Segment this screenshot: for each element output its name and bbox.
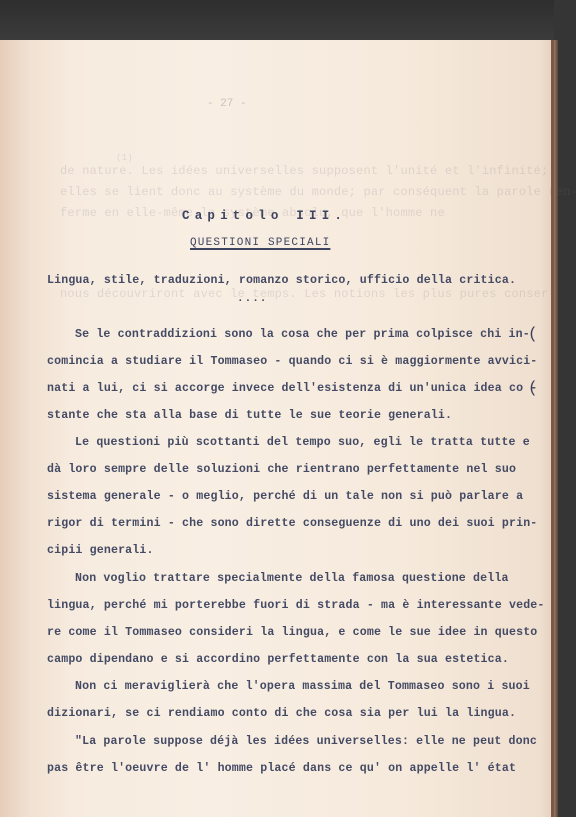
- typewritten-page: - 27 - (1) de nature. Les idées universe…: [0, 40, 554, 817]
- text-line: Le questioni più scottanti del tempo suo…: [75, 436, 530, 449]
- margin-annotation-mark: (: [528, 379, 538, 397]
- text-line: sistema generale - o meglio, perché di u…: [47, 490, 523, 503]
- text-line: campo dipendano e si accordino perfettam…: [47, 653, 509, 666]
- quoted-text-line: pas être l'oeuvre de l' homme placé dans…: [47, 762, 516, 775]
- margin-annotation-mark: (: [528, 325, 538, 343]
- page-edge: [554, 40, 558, 817]
- text-line: lingua, perché mi porterebbe fuori di st…: [47, 599, 545, 612]
- scan-background-top: [0, 0, 576, 42]
- chapter-title: Capitolo III.: [182, 209, 347, 223]
- chapter-subtitle: QUESTIONI SPECIALI: [190, 237, 330, 249]
- text-line: dà loro sempre delle soluzioni che rient…: [47, 463, 516, 476]
- bleed-through-text: de nature. Les idées universelles suppos…: [60, 164, 548, 178]
- text-line: rigor di termini - che sono dirette cons…: [47, 517, 537, 530]
- topics-line: Lingua, stile, traduzioni, romanzo stori…: [47, 274, 516, 287]
- text-line: comincia a studiare il Tommaseo - quando…: [47, 355, 537, 368]
- text-line: cipii generali.: [47, 544, 154, 557]
- bleed-through-text: (1): [116, 153, 133, 163]
- text-line: stante che sta alla base di tutte le sue…: [47, 409, 452, 422]
- section-separator: ....: [237, 293, 267, 305]
- quoted-text-line: "La parole suppose déjà les idées univer…: [75, 735, 537, 748]
- bleed-through-text: nous découvriront avec le temps. Les not…: [60, 287, 556, 301]
- text-line: re come il Tommaseo consideri la lingua,…: [47, 626, 537, 639]
- text-line: Non voglio trattare specialmente della f…: [75, 572, 509, 585]
- text-line: nati a lui, ci si accorge invece dell'es…: [47, 382, 537, 395]
- text-line: Se le contraddizioni sono la cosa che pe…: [75, 328, 530, 341]
- text-line: Non ci meraviglierà che l'opera massima …: [75, 680, 530, 693]
- page-number: - 27 -: [207, 98, 247, 110]
- bleed-through-text: elles se lient donc au système du monde;…: [60, 185, 576, 199]
- text-line: dizionari, se ci rendiamo conto di che c…: [47, 707, 516, 720]
